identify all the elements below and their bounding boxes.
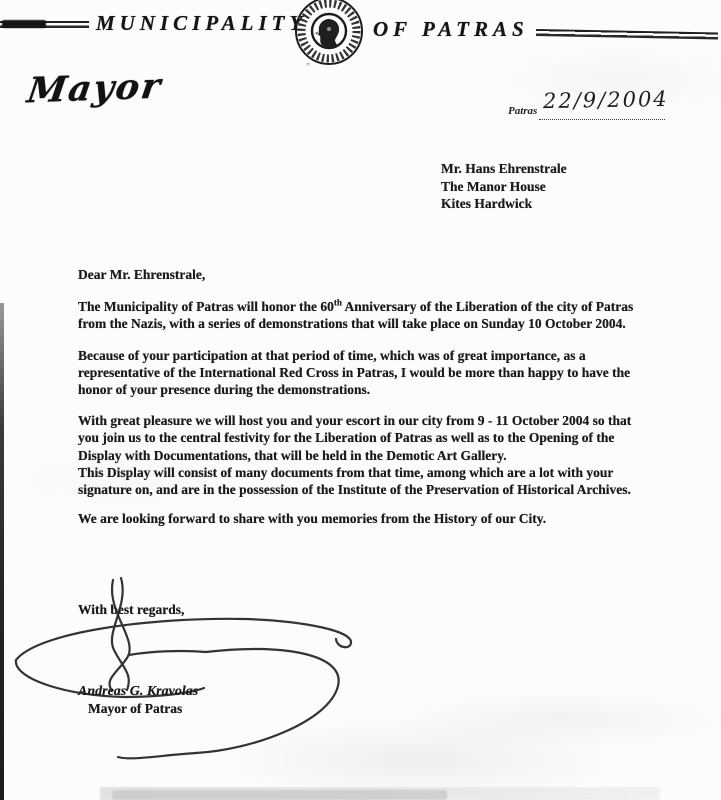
- patras-municipal-seal-icon: [292, 0, 366, 68]
- signatory-name: Andreas G. Kravolas: [78, 684, 198, 700]
- letterhead-rule-right: [536, 29, 718, 39]
- scan-edge-artifact: [0, 303, 4, 800]
- scan-speck: „: [306, 56, 310, 66]
- salutation: Dear Mr. Ehrenstrale,: [78, 266, 654, 283]
- org-name-left: MUNICIPALITY: [96, 11, 307, 36]
- handwritten-signature-icon: [0, 560, 400, 780]
- date-place-label: Patras: [508, 105, 537, 117]
- paragraph-2: Because of your participation at that pe…: [78, 347, 654, 399]
- date-underline: [539, 119, 665, 120]
- letter-body: Dear Mr. Ehrenstrale, The Municipality o…: [78, 266, 654, 541]
- ordinal-superscript: th: [334, 298, 342, 308]
- recipient-name: Mr. Hans Ehrenstrale: [441, 160, 567, 178]
- signatory-title: Mayor of Patras: [88, 701, 182, 717]
- recipient-address-block: Mr. Hans Ehrenstrale The Manor House Kit…: [441, 160, 567, 213]
- paragraph-3: With great pleasure we will host you and…: [78, 412, 654, 464]
- paragraph-5: We are looking forward to share with you…: [78, 510, 654, 527]
- scan-smudge: [2, 20, 46, 28]
- scanned-letter-page: MUNICIPALITY OF PATRAS „ Mayor Patras 22…: [0, 0, 721, 800]
- recipient-address-line: Kites Hardwick: [441, 195, 567, 213]
- paragraph-1-text: The Municipality of Patras will honor th…: [78, 299, 334, 314]
- paragraph-1: The Municipality of Patras will honor th…: [78, 298, 654, 332]
- scan-band-artifact: [112, 790, 447, 800]
- sender-title-script: Mayor: [25, 66, 165, 112]
- recipient-address-line: The Manor House: [441, 178, 567, 196]
- org-name-right: OF PATRAS: [373, 17, 529, 42]
- handwritten-date: 22/9/2004: [543, 87, 669, 113]
- paragraph-4: This Display will consist of many docume…: [78, 464, 654, 498]
